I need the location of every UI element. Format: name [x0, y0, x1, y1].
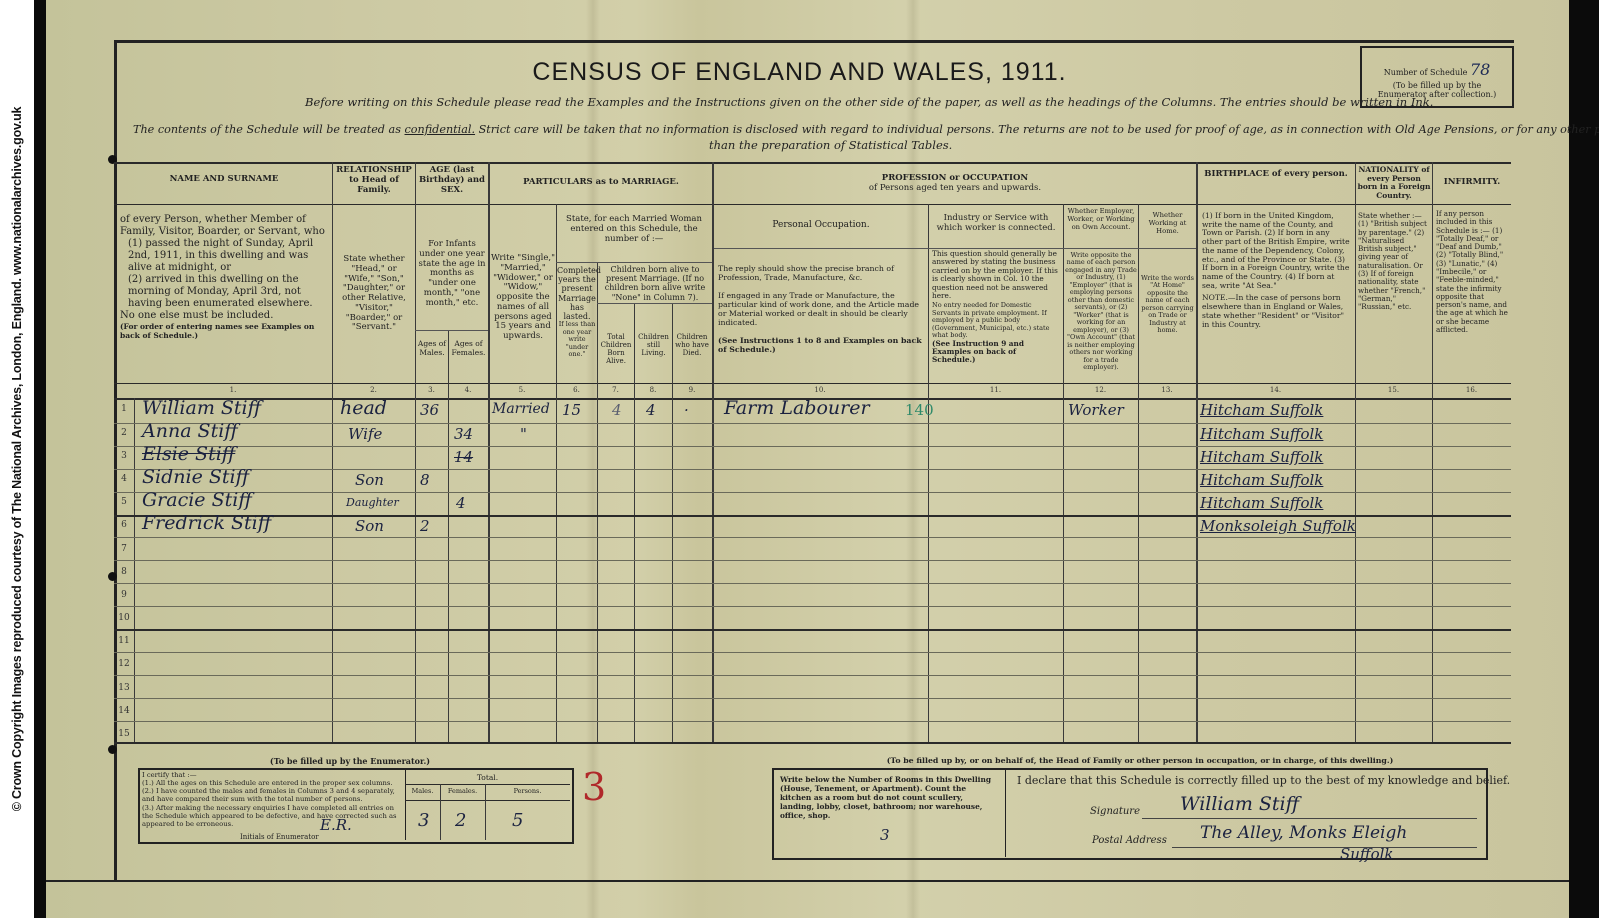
- col-birthplace-heading: BIRTHPLACE of every person.: [1204, 169, 1347, 179]
- children-died: ·: [684, 401, 689, 419]
- person-name: William Stiff: [142, 397, 261, 419]
- total-males: 3: [418, 810, 429, 831]
- initials-label: Initials of Enumerator: [240, 833, 319, 841]
- column-number: 2.: [332, 386, 415, 394]
- occupation-code: 140: [905, 401, 934, 419]
- age-male: 8: [420, 471, 430, 489]
- age-male: 36: [420, 401, 439, 419]
- total-persons: 5: [512, 810, 523, 831]
- enumerator-certification-text: I certify that :— (1.) All the ages on t…: [142, 771, 400, 828]
- children-living: 4: [646, 401, 656, 419]
- person-name: Fredrick Stiff: [142, 512, 271, 534]
- col-children-died: Children who have Died.: [673, 333, 711, 357]
- age-male: 2: [420, 517, 430, 535]
- birthplace: Hitcham Suffolk: [1200, 425, 1323, 443]
- row-rule: [114, 423, 1511, 424]
- col-working-at-home-instructions: Write the words "At Home" opposite the n…: [1140, 275, 1195, 335]
- signature-label: Signature: [1090, 806, 1140, 817]
- birthplace: Hitcham Suffolk: [1200, 401, 1323, 419]
- occupation: Farm Labourer: [724, 397, 870, 419]
- col-name-instructions: of every Person, whether Member of Famil…: [120, 214, 330, 340]
- age-female-struck: 14: [454, 448, 473, 466]
- col-birthplace-instructions: (1) If born in the United Kingdom, write…: [1202, 212, 1352, 329]
- schedule-number-note: (To be filled up by the Enumerator after…: [1368, 81, 1506, 99]
- col-employer-instructions: Write opposite the name of each person e…: [1065, 252, 1137, 372]
- total-females: 2: [455, 810, 466, 831]
- postal-address-label: Postal Address: [1092, 835, 1167, 846]
- row-rule: [114, 721, 1511, 722]
- confidential-line: The contents of the Schedule will be tre…: [133, 123, 1599, 136]
- col-occupation-heading: PROFESSION or OCCUPATIONof Persons aged …: [714, 174, 1196, 194]
- row-rule: [114, 583, 1511, 584]
- col-age-instructions: For Infants under one year state the age…: [417, 240, 487, 308]
- header-divider: [114, 204, 1511, 205]
- col-nationality-instructions: State whether :— (1) "British subject by…: [1358, 212, 1430, 311]
- col-infirmity-instructions: If any person included in this Schedule …: [1436, 210, 1510, 334]
- relationship: head: [340, 397, 387, 419]
- birthplace: Hitcham Suffolk: [1200, 471, 1323, 489]
- header-bottom-rule: [114, 383, 1511, 384]
- row-number: 7: [115, 544, 133, 554]
- credit-strip: © Crown Copyright Images reproduced cour…: [0, 0, 34, 918]
- col-age-females: Ages of Females.: [449, 340, 488, 357]
- age-female: 34: [454, 425, 473, 443]
- column-number: 10.: [712, 386, 928, 394]
- col-name-heading: NAME AND SURNAME: [170, 174, 279, 184]
- col-total-children: Total Children Born Alive.: [598, 333, 634, 365]
- number-of-rooms: 3: [880, 826, 890, 844]
- column-number: 4.: [448, 386, 488, 394]
- males-label: Males.: [405, 788, 440, 796]
- marital-status: ": [520, 425, 527, 443]
- table-bottom-rule: [114, 742, 1511, 744]
- persons-label: Persons.: [485, 788, 570, 796]
- col-children-living: Children still Living.: [635, 333, 672, 357]
- scan-edge-left: [34, 0, 46, 918]
- row-number: 10: [115, 613, 133, 623]
- householder-heading: (To be filled up by, or on behalf of, th…: [790, 757, 1490, 766]
- row-rule: [114, 469, 1511, 470]
- person-name: Sidnie Stiff: [142, 466, 249, 488]
- column-number: 16.: [1432, 386, 1511, 394]
- row-rule: [114, 698, 1511, 699]
- employment-status: Worker: [1068, 401, 1124, 419]
- schedule-number-label: Number of Schedule: [1384, 68, 1468, 77]
- binding-hole: [108, 745, 117, 754]
- row-rule: [114, 606, 1511, 607]
- row-rule: [114, 675, 1511, 676]
- row-rule: [114, 492, 1511, 493]
- relationship: Daughter: [346, 496, 399, 509]
- marital-status: Married: [492, 401, 550, 417]
- column-number: 7.: [597, 386, 634, 394]
- column-number: 8.: [634, 386, 672, 394]
- column-number: 11.: [928, 386, 1063, 394]
- column-number: 1.: [134, 386, 332, 394]
- postal-address-line1: The Alley, Monks Eleigh: [1200, 823, 1407, 843]
- copyright-credit: © Crown Copyright Images reproduced cour…: [10, 107, 24, 812]
- birthplace: Hitcham Suffolk: [1200, 494, 1323, 512]
- row-number: 8: [115, 567, 133, 577]
- col-employer: Whether Employer, Worker, or Working on …: [1065, 208, 1137, 231]
- row-rule: [114, 560, 1511, 561]
- females-label: Females.: [440, 788, 485, 796]
- age-female: 4: [456, 494, 466, 512]
- rooms-instructions: Write below the Number of Rooms in this …: [780, 776, 998, 820]
- col-relationship-heading: RELATIONSHIP to Head of Family.: [336, 165, 412, 195]
- col-personal-occupation: Personal Occupation.: [716, 220, 926, 230]
- years-married: 15: [562, 401, 581, 419]
- row-number: 14: [115, 706, 133, 716]
- postal-address-line2: Suffolk: [1340, 845, 1393, 863]
- relationship: Son: [355, 471, 384, 489]
- red-tally-mark: 3: [582, 765, 606, 809]
- col-age-males: Ages of Males.: [416, 340, 448, 357]
- declaration-text: I declare that this Schedule is correctl…: [1017, 774, 1510, 787]
- table-top-rule: [114, 162, 1511, 164]
- children-total: 4: [612, 401, 622, 419]
- col-marriage-instructions: Write "Single," "Married," "Widower," or…: [491, 254, 555, 342]
- schedule-number: 78: [1470, 60, 1490, 79]
- col-marriage-heading: PARTICULARS as to MARRIAGE.: [523, 177, 679, 187]
- row-number: 9: [115, 590, 133, 600]
- col-completed-years: Completed years the present Marriage has…: [557, 266, 597, 358]
- column-number: 6.: [556, 386, 597, 394]
- person-name: Gracie Stiff: [142, 489, 252, 511]
- signature: William Stiff: [1180, 793, 1299, 815]
- column-number: 12.: [1063, 386, 1138, 394]
- col-working-at-home: Whether Working at Home.: [1140, 212, 1195, 235]
- row-number: 11: [115, 636, 133, 646]
- row-rule: [114, 629, 1511, 631]
- col-age-heading: AGE (last Birthday) and SEX.: [419, 165, 485, 195]
- birthplace: Monksoleigh Suffolk: [1200, 517, 1356, 535]
- col-industry: Industry or Service with which worker is…: [930, 214, 1062, 234]
- person-name: Anna Stiff: [142, 420, 238, 442]
- column-number: 5.: [488, 386, 556, 394]
- row-rule: [114, 537, 1511, 538]
- column-number: 9.: [672, 386, 712, 394]
- column-number: 13.: [1138, 386, 1196, 394]
- col-relationship-instructions: State whether "Head," or "Wife," "Son," …: [336, 255, 412, 333]
- column-number: 3.: [415, 386, 448, 394]
- page-bottom-rule: [46, 880, 1569, 882]
- col-married-woman-heading: State, for each Married Woman entered on…: [558, 215, 710, 244]
- col-infirmity-heading: INFIRMITY.: [1444, 177, 1500, 187]
- col-personal-occupation-instructions: The reply should show the precise branch…: [718, 265, 924, 355]
- column-number: 15.: [1355, 386, 1432, 394]
- col-children-heading: Children born alive to present Marriage.…: [599, 265, 711, 302]
- instruction-line: Before writing on this Schedule please r…: [305, 95, 1433, 109]
- enumerator-heading: (To be filled up by the Enumerator.): [250, 757, 450, 766]
- row-rule: [114, 446, 1511, 447]
- relationship: Wife: [348, 425, 382, 443]
- column-number: 14.: [1196, 386, 1355, 394]
- row-number: 13: [115, 683, 133, 693]
- relationship: Son: [355, 517, 384, 535]
- col-industry-instructions: This question should generally be answer…: [932, 250, 1060, 365]
- scan-edge-right: [1569, 0, 1599, 918]
- birthplace: Hitcham Suffolk: [1200, 448, 1323, 466]
- schedule-number-box: Number of Schedule 78 (To be filled up b…: [1360, 46, 1514, 108]
- row-number: 15: [115, 729, 133, 739]
- enumerator-initials: E.R.: [320, 816, 352, 834]
- row-number: 12: [115, 659, 133, 669]
- total-label: Total.: [405, 773, 570, 782]
- person-name-struck: Elsie Stiff: [142, 443, 235, 465]
- col-nationality-heading: NATIONALITY of every Person born in a Fo…: [1358, 165, 1431, 200]
- confidential-line-2: than the preparation of Statistical Tabl…: [709, 138, 952, 152]
- row-rule: [114, 652, 1511, 653]
